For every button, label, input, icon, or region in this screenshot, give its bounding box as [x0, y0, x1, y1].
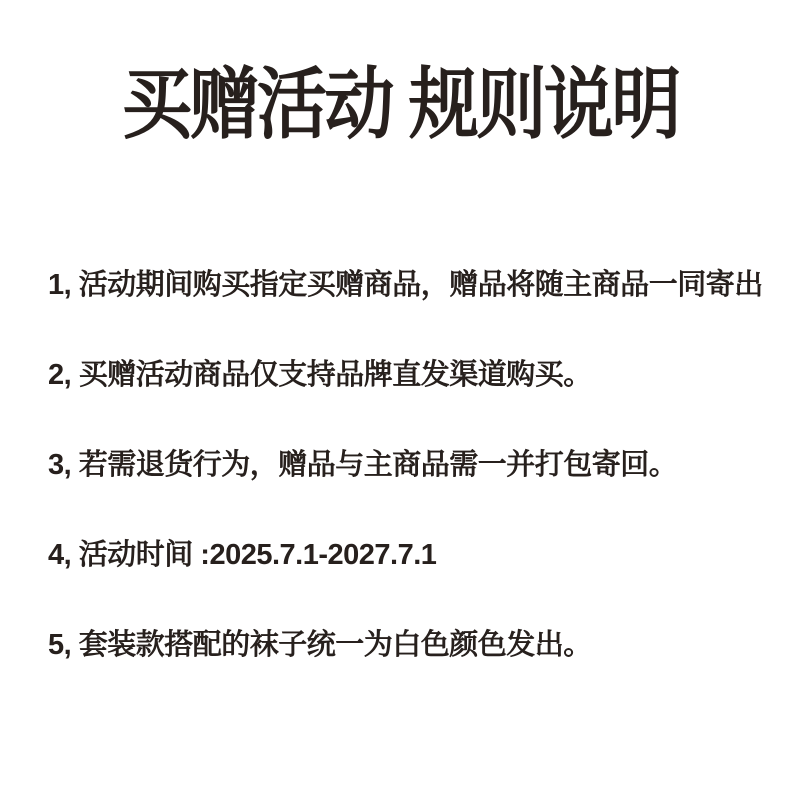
rule-item-1: 1, 活动期间购买指定买赠商品，赠品将随主商品一同寄出 — [48, 240, 764, 330]
rule-item-4: 4, 活动时间 :2025.7.1-2027.7.1 — [48, 510, 764, 600]
rule-item-3: 3, 若需退货行为，赠品与主商品需一并打包寄回。 — [48, 420, 764, 510]
page-title: 买赠活动 规则说明 — [0, 64, 800, 145]
rules-list: 1, 活动期间购买指定买赠商品，赠品将随主商品一同寄出 2, 买赠活动商品仅支持… — [48, 240, 764, 690]
rule-item-2: 2, 买赠活动商品仅支持品牌直发渠道购买。 — [48, 330, 764, 420]
rule-item-5: 5, 套装款搭配的袜子统一为白色颜色发出。 — [48, 600, 764, 690]
rules-notice-page: 买赠活动 规则说明 1, 活动期间购买指定买赠商品，赠品将随主商品一同寄出 2,… — [0, 0, 800, 800]
page-title-text: 买赠活动 规则说明 — [122, 64, 679, 145]
